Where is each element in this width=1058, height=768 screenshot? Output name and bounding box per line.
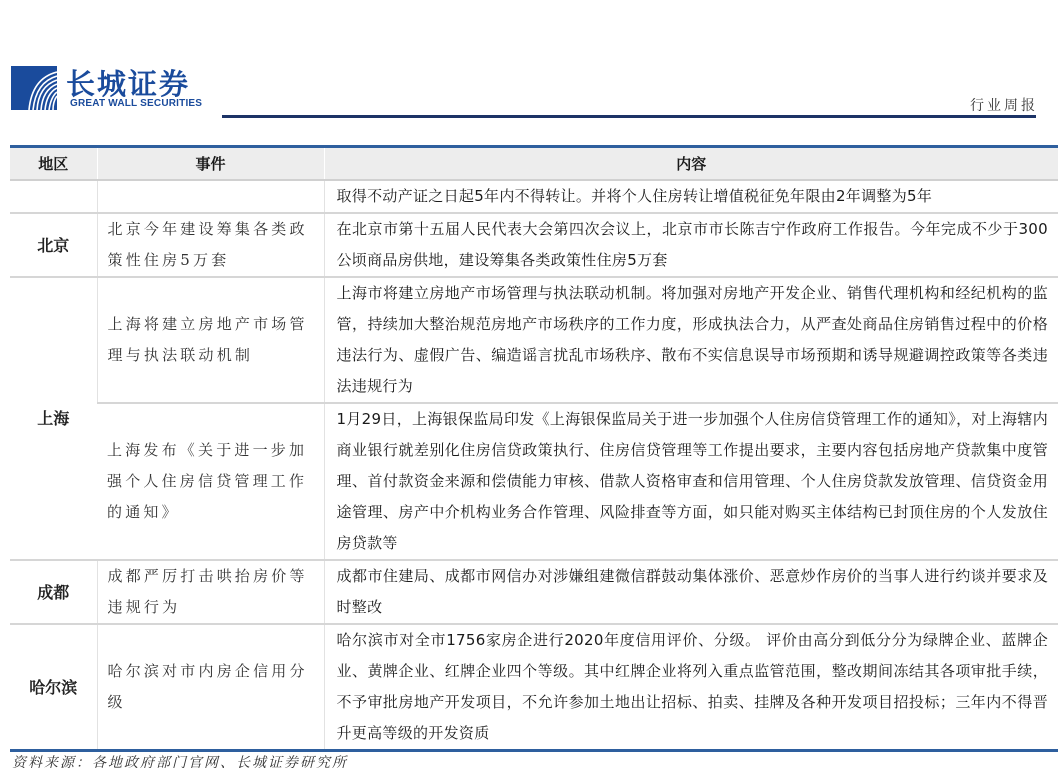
region-cell: 成都 — [10, 560, 97, 624]
report-type-label: 行业周报 — [970, 95, 1038, 115]
table-header-row: 地区 事件 内容 — [10, 147, 1058, 181]
event-cell: 上海发布《关于进一步加强个人住房信贷管理工作的通知》 — [97, 403, 324, 560]
region-cell: 上海 — [10, 277, 97, 560]
event-cell: 上海将建立房地产市场管理与执法联动机制 — [97, 277, 324, 403]
event-cell: 成都严厉打击哄抬房价等违规行为 — [97, 560, 324, 624]
event-cell: 哈尔滨对市内房企信用分级 — [97, 624, 324, 751]
region-cell: 北京 — [10, 213, 97, 277]
page-header: 长城证券 GREAT WALL SECURITIES 行业周报 — [0, 0, 1058, 120]
content-cell: 在北京市第十五届人民代表大会第四次会议上，北京市市长陈吉宁作政府工作报告。今年完… — [324, 213, 1058, 277]
event-cell: 北京今年建设筹集各类政策性住房5万套 — [97, 213, 324, 277]
region-cell — [10, 180, 97, 213]
logo-english-name: GREAT WALL SECURITIES — [70, 98, 202, 109]
table-row: 上海 上海将建立房地产市场管理与执法联动机制 上海市将建立房地产市场管理与执法联… — [10, 277, 1058, 403]
region-cell: 哈尔滨 — [10, 624, 97, 751]
content-cell: 哈尔滨市对全市1756家房企进行2020年度信用评价、分级。 评价由高分到低分分… — [324, 624, 1058, 751]
header-divider — [222, 115, 1036, 118]
great-wall-logo-icon — [11, 66, 57, 110]
column-header-content: 内容 — [324, 147, 1058, 181]
content-cell: 成都市住建局、成都市网信办对涉嫌组建微信群鼓动集体涨价、恶意炒作房价的当事人进行… — [324, 560, 1058, 624]
event-cell — [97, 180, 324, 213]
column-header-region: 地区 — [10, 147, 97, 181]
logo-chinese-name: 长城证券 — [66, 62, 190, 103]
data-source-note: 资料来源：各地政府部门官网、长城证券研究所 — [12, 752, 348, 768]
policy-events-table: 地区 事件 内容 取得不动产证之日起5年内不得转让。并将个人住房转让增值税征免年… — [10, 145, 1058, 752]
content-cell: 取得不动产证之日起5年内不得转让。并将个人住房转让增值税征免年限由2年调整为5年 — [324, 180, 1058, 213]
table-row: 取得不动产证之日起5年内不得转让。并将个人住房转让增值税征免年限由2年调整为5年 — [10, 180, 1058, 213]
content-cell: 上海市将建立房地产市场管理与执法联动机制。将加强对房地产开发企业、销售代理机构和… — [324, 277, 1058, 403]
content-cell: 1月29日，上海银保监局印发《上海银保监局关于进一步加强个人住房信贷管理工作的通… — [324, 403, 1058, 560]
column-header-event: 事件 — [97, 147, 324, 181]
table-row: 北京 北京今年建设筹集各类政策性住房5万套 在北京市第十五届人民代表大会第四次会… — [10, 213, 1058, 277]
table-row: 成都 成都严厉打击哄抬房价等违规行为 成都市住建局、成都市网信办对涉嫌组建微信群… — [10, 560, 1058, 624]
table-row: 哈尔滨 哈尔滨对市内房企信用分级 哈尔滨市对全市1756家房企进行2020年度信… — [10, 624, 1058, 751]
table-row: 上海发布《关于进一步加强个人住房信贷管理工作的通知》 1月29日，上海银保监局印… — [10, 403, 1058, 560]
